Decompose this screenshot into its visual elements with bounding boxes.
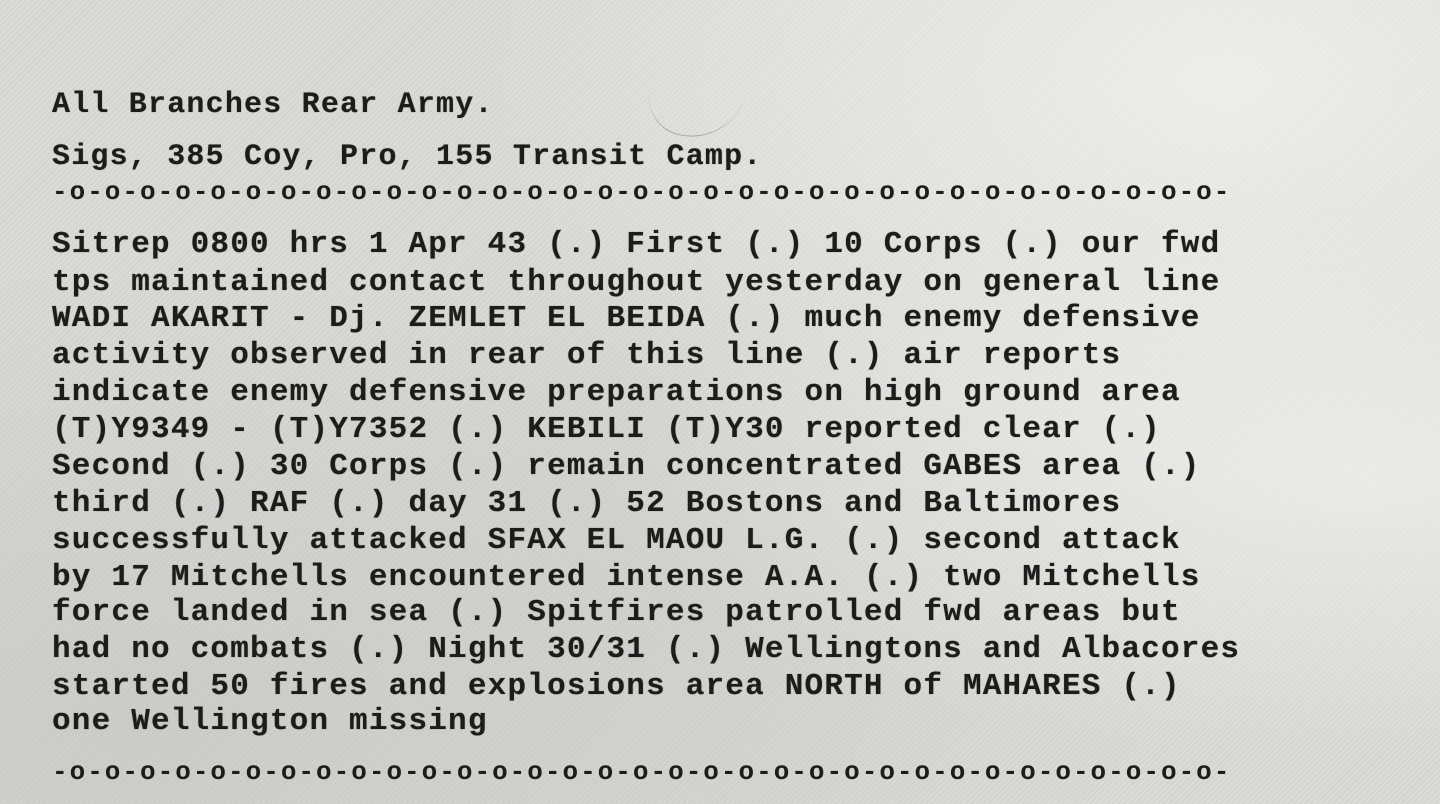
body-line: force landed in sea (.) Spitfires patrol…	[52, 596, 1181, 630]
address-line-recipients: All Branches Rear Army.	[52, 88, 494, 122]
body-line: had no combats (.) Night 30/31 (.) Welli…	[52, 633, 1240, 667]
body-line: started 50 fires and explosions area NOR…	[52, 670, 1181, 704]
body-line: by 17 Mitchells encountered intense A.A.…	[52, 561, 1201, 595]
body-line: activity observed in rear of this line (…	[52, 339, 1121, 373]
address-line-units: Sigs, 385 Coy, Pro, 155 Transit Camp.	[52, 140, 763, 174]
body-line: tps maintained contact throughout yester…	[52, 266, 1220, 300]
body-line: WADI AKARIT - Dj. ZEMLET EL BEIDA (.) mu…	[52, 302, 1201, 336]
body-line: Second (.) 30 Corps (.) remain concentra…	[52, 450, 1201, 484]
body-line: third (.) RAF (.) day 31 (.) 52 Bostons …	[52, 487, 1121, 521]
divider-bottom: -o-o-o-o-o-o-o-o-o-o-o-o-o-o-o-o-o-o-o-o…	[52, 758, 1440, 786]
typewritten-page: All Branches Rear Army. Sigs, 385 Coy, P…	[0, 0, 1440, 804]
body-line: Sitrep 0800 hrs 1 Apr 43 (.) First (.) 1…	[52, 228, 1220, 262]
paper-crease-mark	[642, 63, 749, 147]
body-line: (T)Y9349 - (T)Y7352 (.) KEBILI (T)Y30 re…	[52, 413, 1161, 447]
divider-top: -o-o-o-o-o-o-o-o-o-o-o-o-o-o-o-o-o-o-o-o…	[52, 178, 1440, 206]
body-line: one Wellington missing	[52, 705, 488, 739]
body-line: indicate enemy defensive preparations on…	[52, 376, 1181, 410]
body-line: successfully attacked SFAX EL MAOU L.G. …	[52, 524, 1181, 558]
